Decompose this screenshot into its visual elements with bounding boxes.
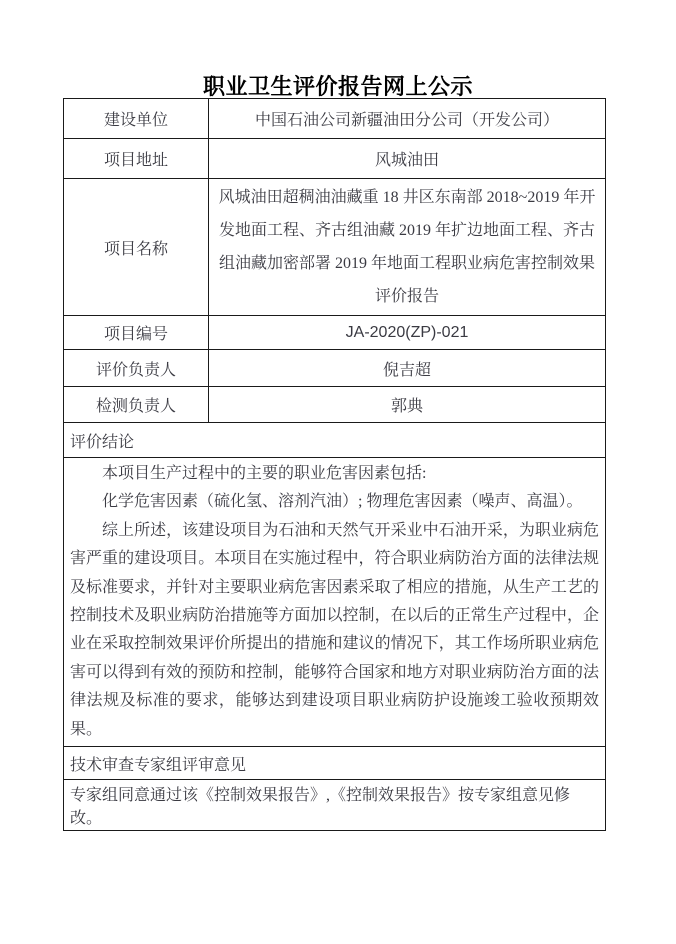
detection-leader-label: 检测负责人 [64,387,209,423]
project-name-value: 风城油田超稠油油藏重 18 井区东南部 2018~2019 年开发地面工程、齐古… [209,179,606,316]
construction-unit-value: 中国石油公司新疆油田分公司（开发公司） [209,99,606,139]
conclusion-body-cell: 本项目生产过程中的主要的职业危害因素包括: 化学危害因素（硫化氢、溶剂汽油）; … [64,458,606,747]
table-row: 项目编号 JA-2020(ZP)-021 [64,316,606,350]
detection-leader-value: 郭典 [209,387,606,423]
table-row: 评价负责人 倪吉超 [64,350,606,387]
evaluation-leader-label: 评价负责人 [64,350,209,387]
table-row: 项目名称 风城油田超稠油油藏重 18 井区东南部 2018~2019 年开发地面… [64,179,606,316]
conclusion-paragraph: 本项目生产过程中的主要的职业危害因素包括: [70,460,599,488]
conclusion-paragraph: 化学危害因素（硫化氢、溶剂汽油）; 物理危害因素（噪声、高温）。 [70,488,599,516]
conclusion-paragraph: 综上所述，该建设项目为石油和天然气开采业中石油开采，为职业病危害严重的建设项目。… [70,517,599,744]
project-address-value: 风城油田 [209,139,606,179]
publicity-table: 建设单位 中国石油公司新疆油田分公司（开发公司） 项目地址 风城油田 项目名称 … [63,98,606,831]
page-title: 职业卫生评价报告网上公示 [0,70,676,101]
expert-review-opinion: 专家组同意通过该《控制效果报告》,《控制效果报告》按专家组意见修改。 [64,780,606,831]
conclusion-section-label: 评价结论 [64,423,606,458]
evaluation-leader-value: 倪吉超 [209,350,606,387]
table-row: 本项目生产过程中的主要的职业危害因素包括: 化学危害因素（硫化氢、溶剂汽油）; … [64,458,606,747]
construction-unit-label: 建设单位 [64,99,209,139]
table-row: 检测负责人 郭典 [64,387,606,423]
table-row: 专家组同意通过该《控制效果报告》,《控制效果报告》按专家组意见修改。 [64,780,606,831]
project-address-label: 项目地址 [64,139,209,179]
project-code-value: JA-2020(ZP)-021 [209,316,606,350]
table-row: 技术审查专家组评审意见 [64,747,606,780]
project-code-label: 项目编号 [64,316,209,350]
table-row: 建设单位 中国石油公司新疆油田分公司（开发公司） [64,99,606,139]
document-page: 职业卫生评价报告网上公示 建设单位 中国石油公司新疆油田分公司（开发公司） 项目… [0,0,676,944]
expert-review-section-label: 技术审查专家组评审意见 [64,747,606,780]
table-row: 项目地址 风城油田 [64,139,606,179]
project-name-label: 项目名称 [64,179,209,316]
table-row: 评价结论 [64,423,606,458]
